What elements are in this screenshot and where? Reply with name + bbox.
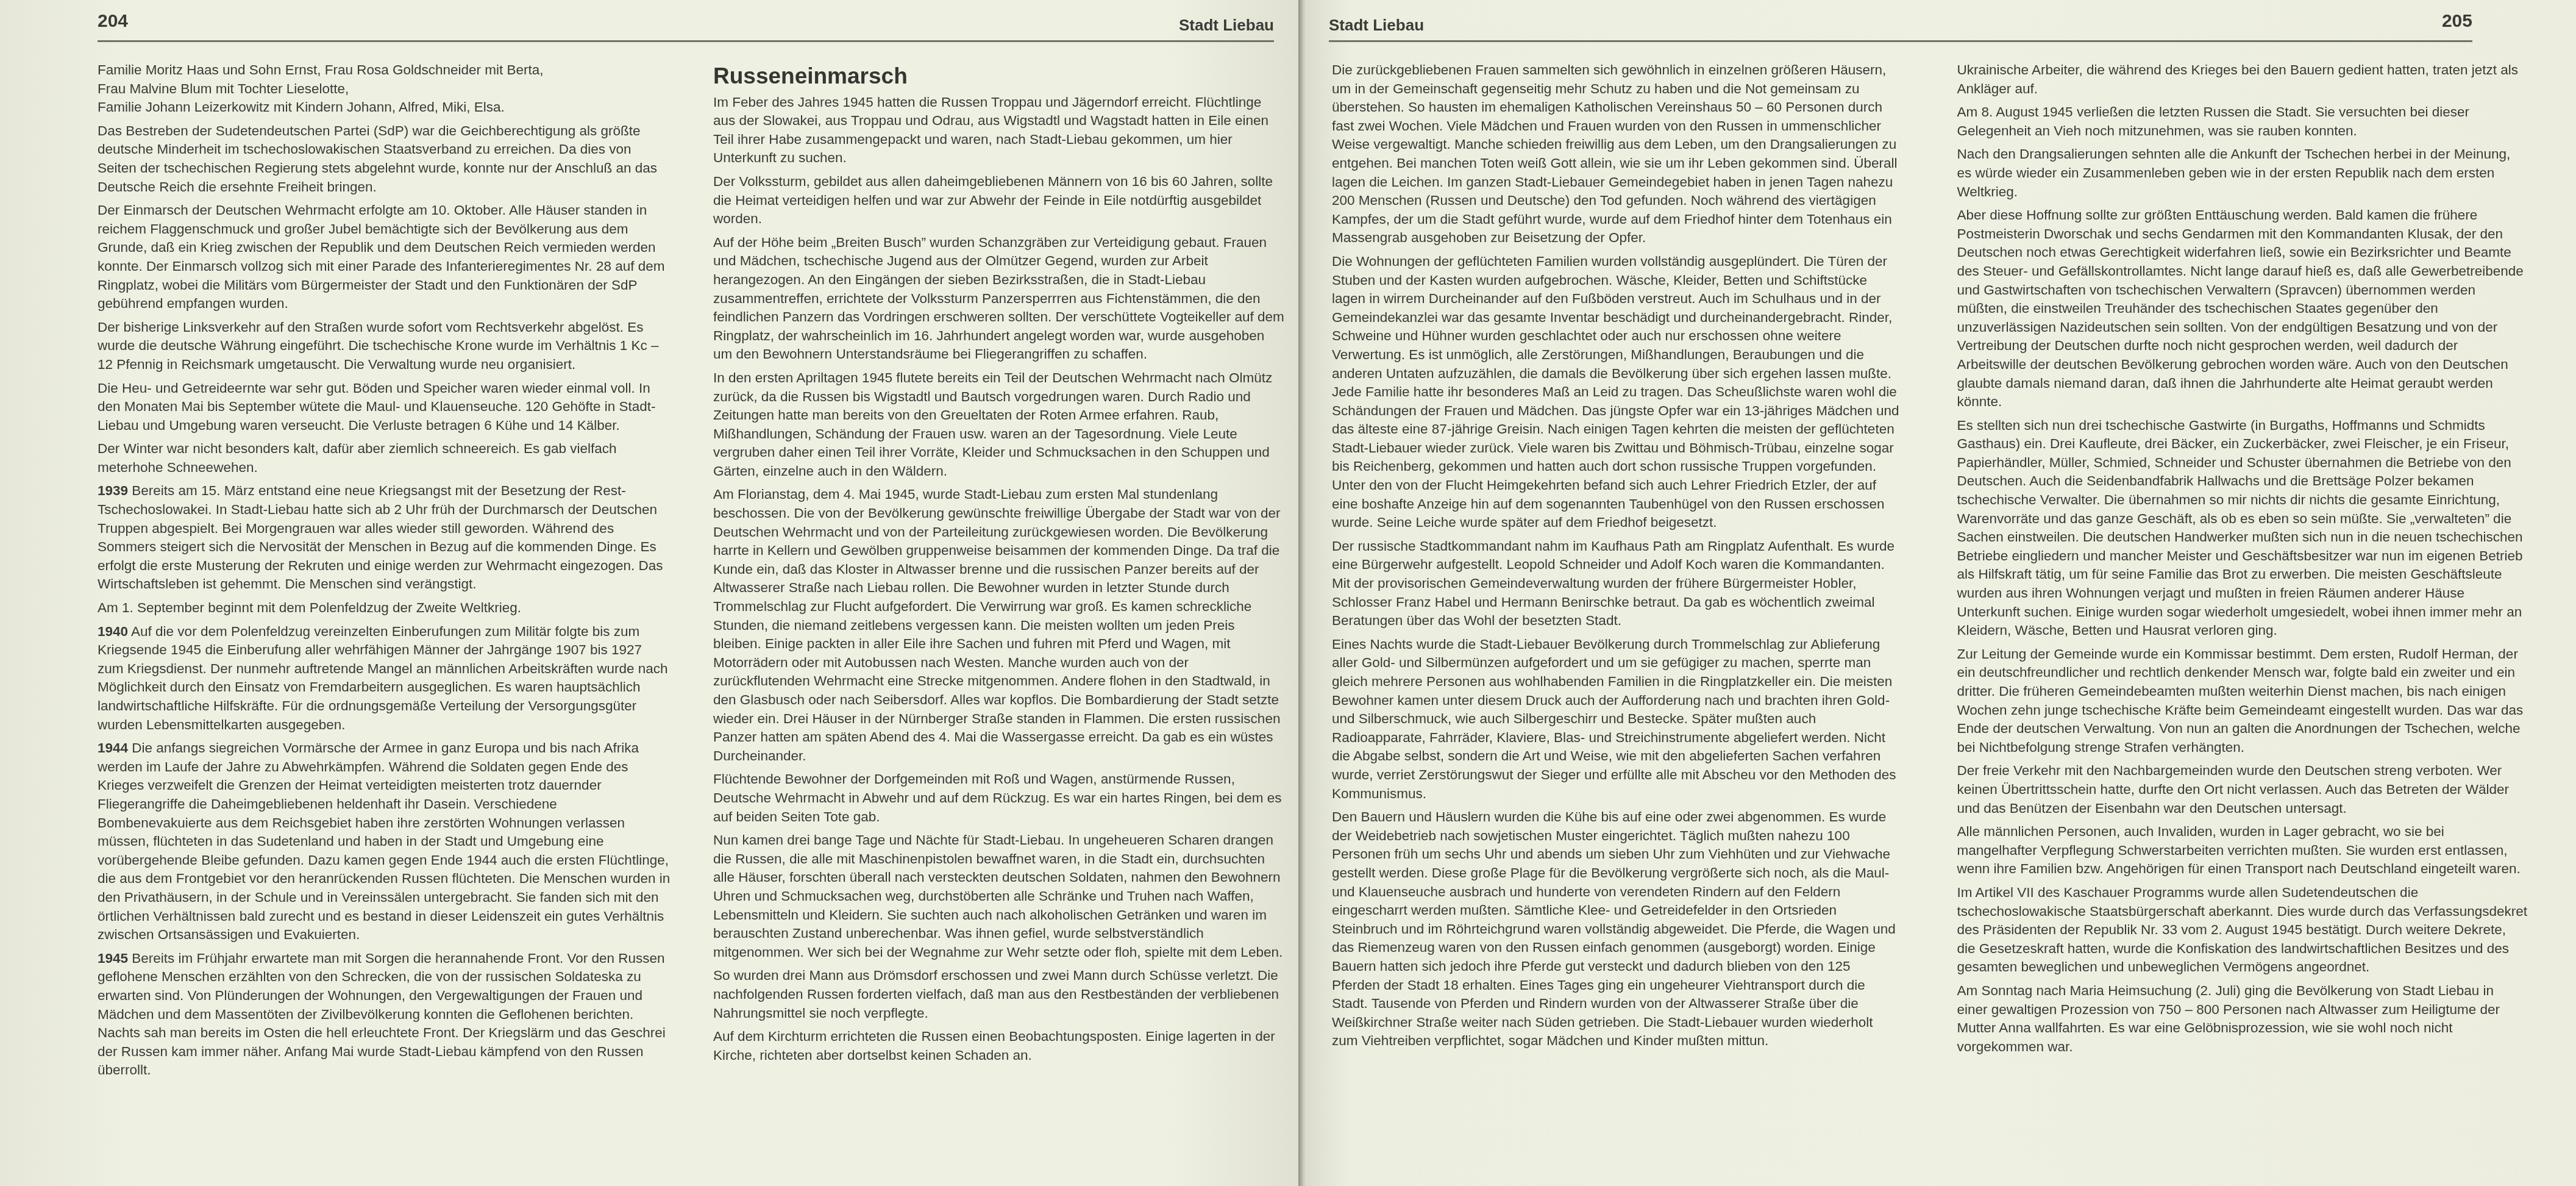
paragraph: Am 1. September beginnt mit dem Polenfel… (98, 599, 671, 618)
paragraph: Familie Moritz Haas und Sohn Ernst, Frau… (98, 61, 671, 117)
paragraph: Flüchtende Bewohner der Dorfgemeinden mi… (713, 770, 1286, 826)
paragraph: Im Feber des Jahres 1945 hatten die Russ… (713, 93, 1286, 168)
paragraph: Der freie Verkehr mit den Nachbargemeind… (1957, 762, 2528, 818)
paragraph-text: Nach den Drangsalierungen sehnten alle d… (1957, 146, 2511, 199)
paragraph-text: Nun kamen drei bange Tage und Nächte für… (713, 832, 1283, 960)
paragraph: Ukrainische Arbeiter, die während des Kr… (1957, 61, 2528, 98)
right-column-2: Ukrainische Arbeiter, die während des Kr… (1957, 61, 2528, 1061)
paragraph-text: Der russische Stadtkommandant nahm im Ka… (1332, 538, 1895, 628)
paragraph: 1939 Bereits am 15. März entstand eine n… (98, 482, 671, 594)
paragraph-text: Am 1. September beginnt mit dem Polenfel… (98, 600, 521, 615)
paragraph-text: Familie Moritz Haas und Sohn Ernst, Frau… (98, 62, 544, 115)
page-number: 205 (2442, 11, 2472, 32)
paragraph-text: Die anfangs siegreichen Vormärsche der A… (98, 740, 670, 942)
paragraph: 1940 Auf die vor dem Polenfeldzug verein… (98, 623, 671, 735)
paragraph: Es stellten sich nun drei tschechische G… (1957, 416, 2528, 640)
paragraph-text: Den Bauern und Häuslern wurden die Kühe … (1332, 809, 1896, 1048)
paragraph-text: Die zurückgebliebenen Frauen sammelten s… (1332, 62, 1898, 245)
year-label: 1940 (98, 624, 128, 639)
paragraph-text: Der Einmarsch der Deutschen Wehrmacht er… (98, 202, 664, 311)
paragraph: Das Bestreben der Sudetendeutschen Parte… (98, 122, 671, 196)
paragraph: Nach den Drangsalierungen sehnten alle d… (1957, 145, 2528, 201)
paragraph-text: Die Heu- und Getreideernte war sehr gut.… (98, 380, 656, 433)
paragraph-text: Im Feber des Jahres 1945 hatten die Russ… (713, 95, 1268, 166)
book-spread: 204 Stadt Liebau Familie Moritz Haas und… (0, 0, 2576, 1186)
paragraph: Am 8. August 1945 verließen die letzten … (1957, 103, 2528, 140)
paragraph: Der Einmarsch der Deutschen Wehrmacht er… (98, 201, 671, 313)
left-column-2-body: Im Feber des Jahres 1945 hatten die Russ… (713, 93, 1286, 1065)
right-page: Stadt Liebau 205 Die zurückgebliebenen F… (1298, 0, 2576, 1186)
book-gutter (1298, 0, 1307, 1186)
paragraph: Am Florianstag, dem 4. Mai 1945, wurde S… (713, 485, 1286, 765)
paragraph-text: Auf die vor dem Polenfeldzug vereinzelte… (98, 624, 668, 732)
paragraph-text: Der bisherige Linksverkehr auf den Straß… (98, 320, 659, 372)
paragraph: In den ersten Apriltagen 1945 flutete be… (713, 369, 1286, 481)
paragraph-text: Es stellten sich nun drei tschechische G… (1957, 418, 2523, 638)
left-column-2: Russeneinmarsch Im Feber des Jahres 1945… (713, 61, 1286, 1085)
year-label: 1944 (98, 740, 128, 756)
paragraph-text: Bereits im Frühjahr erwartete man mit So… (98, 951, 666, 1078)
paragraph-text: Der Volkssturm, gebildet aus allen dahei… (713, 174, 1273, 226)
paragraph: Am Sonntag nach Maria Heimsuchung (2. Ju… (1957, 982, 2528, 1056)
paragraph: Alle männlichen Personen, auch Invaliden… (1957, 823, 2528, 879)
paragraph-text: So wurden drei Mann aus Drömsdorf erscho… (713, 968, 1279, 1020)
paragraph-text: Bereits am 15. März entstand eine neue K… (98, 483, 663, 591)
paragraph: Die Wohnungen der geflüchteten Familien … (1332, 252, 1902, 532)
paragraph-text: Am Sonntag nach Maria Heimsuchung (2. Ju… (1957, 983, 2500, 1054)
paragraph: Der Volkssturm, gebildet aus allen dahei… (713, 173, 1286, 229)
paragraph: Der russische Stadtkommandant nahm im Ka… (1332, 537, 1902, 631)
paragraph-text: Alle männlichen Personen, auch Invaliden… (1957, 824, 2521, 876)
paragraph-text: Flüchtende Bewohner der Dorfgemeinden mi… (713, 771, 1282, 824)
left-page-columns: Familie Moritz Haas und Sohn Ernst, Frau… (98, 61, 1286, 1085)
left-column-1: Familie Moritz Haas und Sohn Ernst, Frau… (98, 61, 671, 1085)
paragraph: Der bisherige Linksverkehr auf den Straß… (98, 318, 671, 374)
paragraph: Die zurückgebliebenen Frauen sammelten s… (1332, 61, 1902, 248)
year-label: 1945 (98, 951, 128, 966)
paragraph: Auf der Höhe beim „Breiten Busch” wurden… (713, 234, 1286, 364)
paragraph: 1944 Die anfangs siegreichen Vormärsche … (98, 739, 671, 945)
running-head-left: 204 Stadt Liebau (98, 11, 1274, 42)
year-label: 1939 (98, 483, 128, 498)
paragraph-text: Der Winter war nicht besonders kalt, daf… (98, 441, 617, 475)
section-title: Russeneinmarsch (713, 67, 1286, 86)
paragraph: Den Bauern und Häuslern wurden die Kühe … (1332, 808, 1902, 1051)
right-column-1: Die zurückgebliebenen Frauen sammelten s… (1332, 61, 1902, 1061)
paragraph-text: In den ersten Apriltagen 1945 flutete be… (713, 370, 1272, 479)
running-head-title: Stadt Liebau (1329, 16, 1424, 35)
paragraph: Nun kamen drei bange Tage und Nächte für… (713, 831, 1286, 962)
paragraph-text: Eines Nachts wurde die Stadt-Liebauer Be… (1332, 637, 1896, 801)
paragraph-text: Am 8. August 1945 verließen die letzten … (1957, 104, 2470, 138)
paragraph-text: Im Artikel VII des Kaschauer Programms w… (1957, 885, 2528, 974)
paragraph-text: Auf der Höhe beim „Breiten Busch” wurden… (713, 235, 1284, 362)
paragraph: Auf dem Kirchturm errichteten die Russen… (713, 1027, 1286, 1065)
page-number: 204 (98, 11, 128, 32)
paragraph: Zur Leitung der Gemeinde wurde ein Kommi… (1957, 645, 2528, 757)
paragraph: Die Heu- und Getreideernte war sehr gut.… (98, 379, 671, 435)
running-head-right: Stadt Liebau 205 (1329, 11, 2472, 42)
paragraph: Im Artikel VII des Kaschauer Programms w… (1957, 884, 2528, 977)
paragraph: Der Winter war nicht besonders kalt, daf… (98, 440, 671, 477)
paragraph-text: Zur Leitung der Gemeinde wurde ein Kommi… (1957, 646, 2524, 755)
right-page-columns: Die zurückgebliebenen Frauen sammelten s… (1332, 61, 2527, 1061)
paragraph-text: Ukrainische Arbeiter, die während des Kr… (1957, 62, 2519, 96)
paragraph-text: Aber diese Hoffnung sollte zur größten E… (1957, 207, 2524, 409)
paragraph: So wurden drei Mann aus Drömsdorf erscho… (713, 966, 1286, 1023)
paragraph: Aber diese Hoffnung sollte zur größten E… (1957, 206, 2528, 412)
running-head-title: Stadt Liebau (1179, 16, 1274, 35)
paragraph: 1945 Bereits im Frühjahr erwartete man m… (98, 949, 671, 1080)
paragraph-text: Das Bestreben der Sudetendeutschen Parte… (98, 123, 657, 195)
paragraph-text: Der freie Verkehr mit den Nachbargemeind… (1957, 763, 2509, 815)
left-page: 204 Stadt Liebau Familie Moritz Haas und… (0, 0, 1298, 1186)
paragraph: Eines Nachts wurde die Stadt-Liebauer Be… (1332, 635, 1902, 803)
paragraph-text: Am Florianstag, dem 4. Mai 1945, wurde S… (713, 487, 1281, 763)
paragraph-text: Die Wohnungen der geflüchteten Familien … (1332, 254, 1899, 530)
paragraph-text: Auf dem Kirchturm errichteten die Russen… (713, 1029, 1275, 1063)
